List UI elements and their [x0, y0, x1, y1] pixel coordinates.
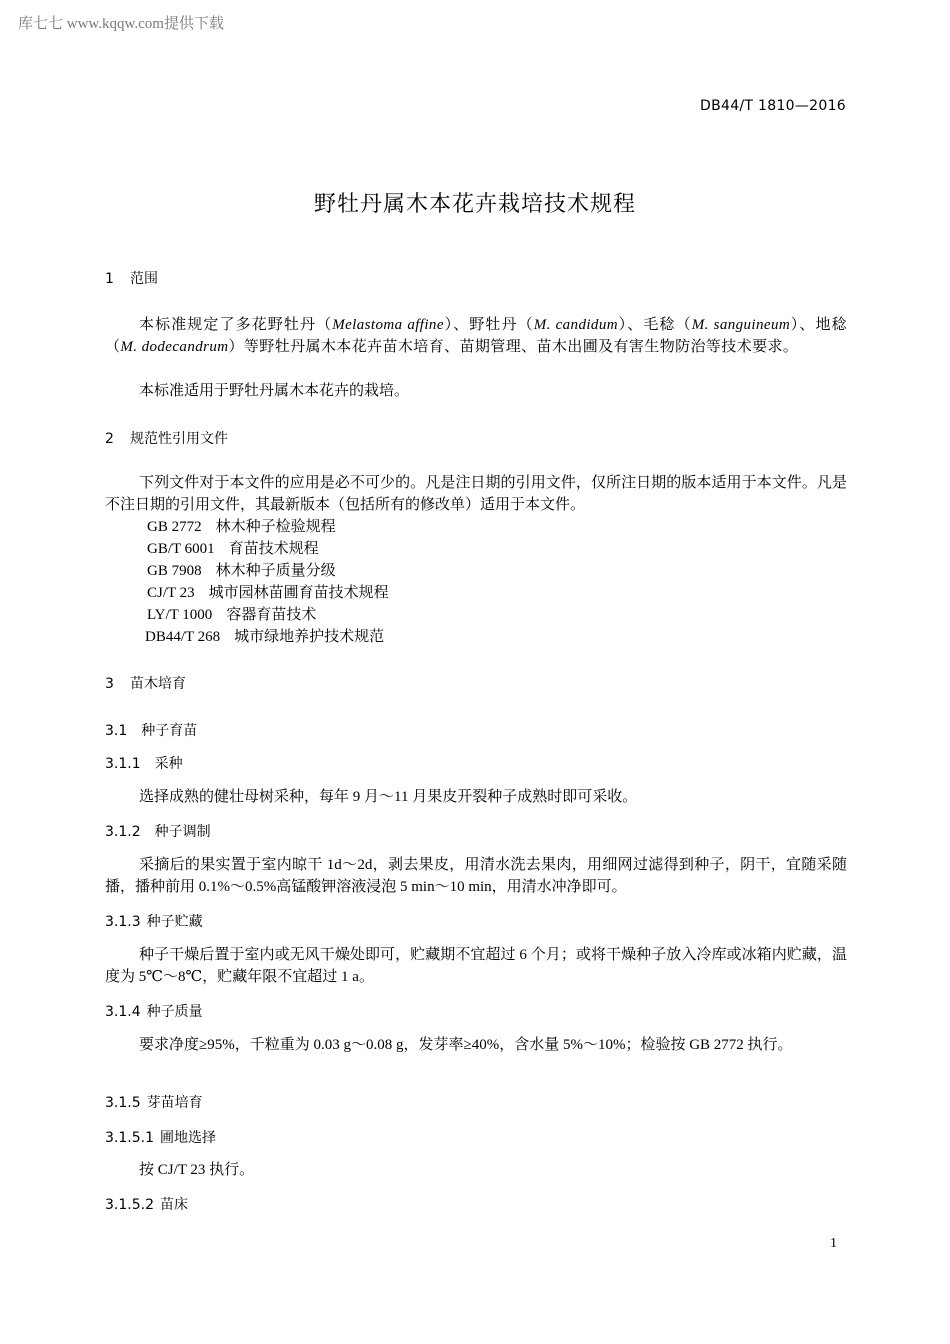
- reference-name: 城市绿地养护技术规范: [234, 629, 384, 645]
- section-3-1-4-heading: 3.1.4种子质量: [105, 1001, 203, 1021]
- reference-item: DB44/T 268城市绿地养护技术规范: [145, 626, 389, 648]
- reference-code: GB 7908: [147, 560, 202, 582]
- section-1-paragraph-2: 本标准适用于野牡丹属木本花卉的栽培。: [105, 380, 847, 402]
- section-title: 芽苗培育: [147, 1095, 203, 1111]
- section-title: 种子调制: [155, 824, 211, 840]
- section-1-heading: 1范围: [105, 268, 158, 288]
- text-run: ）、毛稔（: [618, 317, 692, 333]
- species-name: M. sanguineum: [692, 317, 790, 333]
- page-title: 野牡丹属木本花卉栽培技术规程: [0, 187, 950, 218]
- section-3-1-heading: 3.1种子育苗: [105, 720, 197, 740]
- section-number: 3.1.5: [105, 1095, 141, 1111]
- section-3-1-5-heading: 3.1.5芽苗培育: [105, 1092, 203, 1112]
- reference-item: GB 7908林木种子质量分级: [147, 560, 389, 582]
- section-number: 1: [105, 271, 130, 287]
- text-run: ）等野牡丹属木本花卉苗木培育、苗期管理、苗木出圃及有害生物防治等技术要求。: [229, 339, 799, 355]
- section-2-heading: 2规范性引用文件: [105, 428, 228, 448]
- section-title: 范围: [130, 271, 158, 287]
- reference-code: GB/T 6001: [147, 538, 215, 560]
- section-number: 3.1.5.2: [105, 1197, 154, 1213]
- section-number: 3.1.3: [105, 914, 141, 930]
- section-title: 种子贮藏: [147, 914, 203, 930]
- watermark: 库七七 www.kqqw.com提供下载: [18, 12, 224, 33]
- section-number: 2: [105, 431, 130, 447]
- section-number: 3.1.5.1: [105, 1130, 154, 1146]
- section-3-1-5-2-heading: 3.1.5.2苗床: [105, 1194, 188, 1214]
- section-title: 规范性引用文件: [130, 431, 228, 447]
- document-number: DB44/T 1810—2016: [700, 98, 846, 114]
- species-name: M. candidum: [534, 317, 618, 333]
- section-title: 苗木培育: [130, 676, 186, 692]
- reference-name: 林木种子检验规程: [216, 519, 336, 535]
- reference-item: GB/T 6001育苗技术规程: [147, 538, 389, 560]
- section-title: 苗床: [160, 1197, 188, 1213]
- section-title: 采种: [155, 756, 183, 772]
- section-3-1-1-text: 选择成熟的健壮母树采种，每年 9 月～11 月果皮开裂种子成熟时即可采收。: [105, 786, 847, 808]
- section-number: 3.1.2: [105, 824, 141, 840]
- section-3-1-1-heading: 3.1.1采种: [105, 753, 183, 773]
- reference-code: DB44/T 268: [145, 626, 220, 648]
- section-1-paragraph-1: 本标准规定了多花野牡丹（Melastoma affine）、野牡丹（M. can…: [105, 314, 847, 358]
- section-3-1-3-text: 种子干燥后置于室内或无风干燥处即可，贮藏期不宜超过 6 个月；或将干燥种子放入冷…: [105, 944, 847, 988]
- reference-name: 育苗技术规程: [229, 541, 319, 557]
- species-name: M. dodecandrum: [120, 339, 228, 355]
- section-number: 3.1.4: [105, 1004, 141, 1020]
- reference-name: 城市园林苗圃育苗技术规程: [209, 585, 389, 601]
- text-run: 本标准规定了多花野牡丹（: [139, 317, 332, 333]
- section-3-1-5-1-text: 按 CJ/T 23 执行。: [105, 1159, 847, 1181]
- reference-code: LY/T 1000: [147, 604, 212, 626]
- section-title: 圃地选择: [160, 1130, 216, 1146]
- section-title: 种子育苗: [141, 723, 197, 739]
- reference-name: 容器育苗技术: [226, 607, 316, 623]
- section-2-paragraph-1: 下列文件对于本文件的应用是必不可少的。凡是注日期的引用文件，仅所注日期的版本适用…: [105, 472, 847, 516]
- text-run: ）、野牡丹（: [444, 317, 534, 333]
- section-3-1-2-text: 采摘后的果实置于室内晾干 1d～2d，剥去果皮，用清水洗去果肉，用细网过滤得到种…: [105, 854, 847, 898]
- normative-references-list: GB 2772林木种子检验规程 GB/T 6001育苗技术规程 GB 7908林…: [147, 516, 389, 648]
- section-3-1-4-text: 要求净度≥95%，千粒重为 0.03 g～0.08 g，发芽率≥40%，含水量 …: [105, 1034, 847, 1056]
- section-number: 3: [105, 676, 130, 692]
- species-name: Melastoma affine: [332, 317, 444, 333]
- reference-item: LY/T 1000容器育苗技术: [147, 604, 389, 626]
- reference-item: GB 2772林木种子检验规程: [147, 516, 389, 538]
- reference-name: 林木种子质量分级: [216, 563, 336, 579]
- section-3-1-2-heading: 3.1.2种子调制: [105, 821, 211, 841]
- reference-code: CJ/T 23: [147, 582, 195, 604]
- reference-code: GB 2772: [147, 516, 202, 538]
- section-number: 3.1.1: [105, 756, 141, 772]
- section-title: 种子质量: [147, 1004, 203, 1020]
- section-number: 3.1: [105, 723, 127, 739]
- section-3-1-3-heading: 3.1.3种子贮藏: [105, 911, 203, 931]
- section-3-1-5-1-heading: 3.1.5.1圃地选择: [105, 1127, 216, 1147]
- section-3-heading: 3苗木培育: [105, 673, 186, 693]
- page-number: 1: [830, 1236, 837, 1252]
- reference-item: CJ/T 23城市园林苗圃育苗技术规程: [147, 582, 389, 604]
